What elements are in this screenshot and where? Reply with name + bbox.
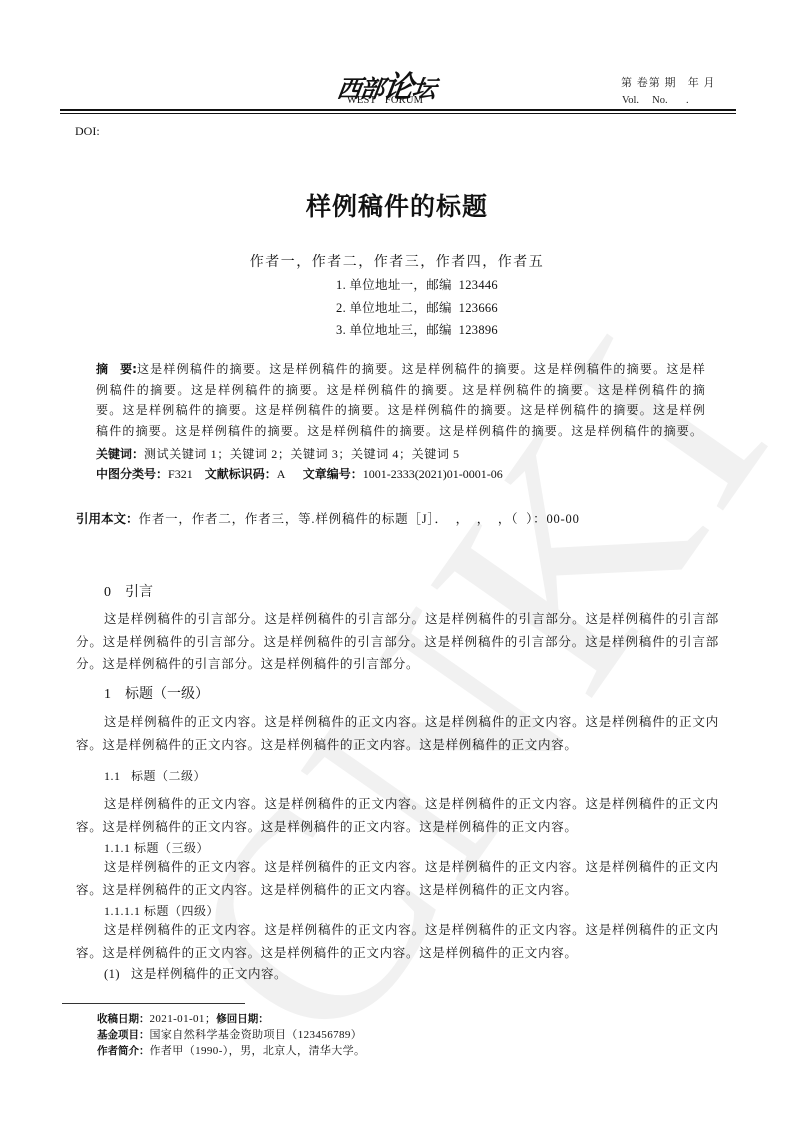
- paper-title: 样例稿件的标题: [0, 187, 794, 223]
- list-item-1: (1) 这是样例稿件的正文内容。: [104, 964, 287, 982]
- paragraph-section-1-1-1-1: 这是样例稿件的正文内容。这是样例稿件的正文内容。这是样例稿件的正文内容。这是样例…: [76, 919, 719, 964]
- paragraph-intro: 这是样例稿件的引言部分。这是样例稿件的引言部分。这是样例稿件的引言部分。这是样例…: [76, 608, 719, 676]
- article-no-label: 文章编号：: [303, 467, 363, 481]
- keywords: 关键词：测试关键词 1；关键词 2；关键词 3；关键词 4；关键词 5: [96, 445, 460, 462]
- footnote-fund: 基金项目：国家自然科学基金资助项目（123456789）: [97, 1026, 362, 1042]
- issue-info-en: Vol. No. .: [622, 95, 689, 106]
- citation-line: 引用本文：作者一，作者二，作者三，等.样例稿件的标题［J］． ， ， ，（ ）：…: [76, 509, 580, 527]
- received-value: 2021-01-01；: [150, 1013, 217, 1025]
- fund-value: 国家自然科学基金资助项目（123456789）: [150, 1029, 363, 1041]
- clc-label: 中图分类号：: [96, 467, 168, 481]
- paragraph-section-1-1-1: 这是样例稿件的正文内容。这是样例稿件的正文内容。这是样例稿件的正文内容。这是样例…: [76, 856, 719, 901]
- bio-label: 作者简介：: [97, 1045, 150, 1057]
- affiliation-1: 1. 单位地址一，邮编 123446: [0, 275, 794, 293]
- doc-code-label: 文献标识码：: [205, 467, 277, 481]
- issue-info-cn: 第 卷第 期 年 月: [621, 74, 716, 90]
- doi-label: DOI:: [75, 124, 100, 139]
- paragraph-section-1: 这是样例稿件的正文内容。这是样例稿件的正文内容。这是样例稿件的正文内容。这是样例…: [76, 711, 719, 756]
- citation-text: 作者一，作者二，作者三，等.样例稿件的标题［J］． ， ， ，（ ）：00-00: [139, 512, 580, 526]
- abstract-text: 这是样例稿件的摘要。这是样例稿件的摘要。这是样例稿件的摘要。这是样例稿件的摘要。…: [96, 362, 706, 438]
- subsection-heading-1-1-1-1: 1.1.1.1 标题（四级）: [104, 902, 219, 919]
- header-rule-thin: [60, 113, 736, 114]
- header-rule-thick: [60, 109, 736, 111]
- author-list: 作者一，作者二，作者三，作者四，作者五: [0, 251, 794, 271]
- section-number: 0: [104, 585, 111, 600]
- subsection-heading-1-1: 1.1 标题（二级）: [104, 767, 206, 784]
- section-number: 1: [104, 687, 111, 702]
- keywords-label: 关键词：: [96, 447, 144, 461]
- section-title: 引言: [125, 584, 153, 600]
- section-title: 标题（一级）: [125, 686, 209, 702]
- affiliation-3: 3. 单位地址三，邮编 123896: [0, 320, 794, 338]
- affiliation-2: 2. 单位地址二，邮编 123666: [0, 298, 794, 316]
- abstract: 摘 要:这是样例稿件的摘要。这是样例稿件的摘要。这是样例稿件的摘要。这是样例稿件…: [96, 359, 706, 441]
- footnote-rule: [62, 1003, 245, 1004]
- abstract-label: 摘 要:: [96, 362, 137, 376]
- footnote-dates: 收稿日期：2021-01-01；修回日期：: [97, 1010, 269, 1026]
- footnote-author-bio: 作者简介：作者甲（1990-），男，北京人，清华大学。: [97, 1042, 365, 1058]
- classification-line: 中图分类号：F321 文献标识码：A 文章编号：1001-2333(2021)0…: [96, 465, 503, 482]
- paragraph-section-1-1: 这是样例稿件的正文内容。这是样例稿件的正文内容。这是样例稿件的正文内容。这是样例…: [76, 793, 719, 838]
- doc-code-value: A: [277, 467, 285, 481]
- article-no-value: 1001-2333(2021)01-0001-06: [363, 467, 503, 481]
- bio-value: 作者甲（1990-），男，北京人，清华大学。: [150, 1045, 366, 1057]
- section-heading-0: 0引言: [104, 581, 153, 601]
- received-label: 收稿日期：: [97, 1013, 150, 1025]
- subsection-heading-1-1-1: 1.1.1 标题（三级）: [104, 839, 209, 856]
- citation-label: 引用本文：: [76, 511, 139, 526]
- revised-label: 修回日期：: [216, 1013, 269, 1025]
- clc-value: F321: [168, 467, 193, 481]
- section-heading-1: 1标题（一级）: [104, 683, 209, 703]
- keywords-text: 测试关键词 1；关键词 2；关键词 3；关键词 4；关键词 5: [144, 447, 460, 461]
- fund-label: 基金项目：: [97, 1029, 150, 1041]
- journal-name-en: WEST FORUM: [340, 95, 430, 106]
